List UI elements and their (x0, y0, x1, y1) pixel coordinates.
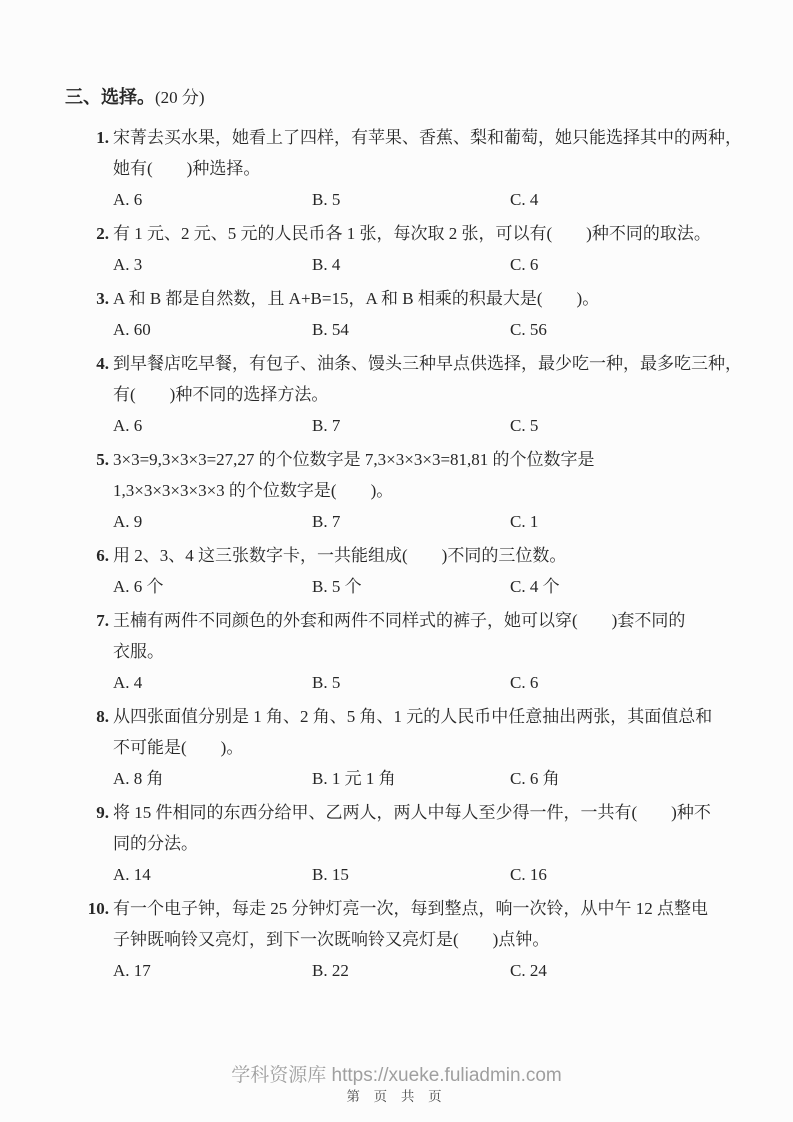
option-c: C. 56 (510, 314, 748, 345)
question-lines: 7.王楠有两件不同颜色的外套和两件不同样式的裤子，她可以穿( )套不同的衣服。 (113, 605, 748, 667)
question-options-row: A. 14 B. 15 C. 16 (113, 859, 748, 890)
question-lines: 2.有 1 元、2 元、5 元的人民币各 1 张，每次取 2 张，可以有( )种… (113, 218, 748, 249)
option-b: B. 5 (312, 184, 510, 215)
question-text-line: 3.A 和 B 都是自然数，且 A+B=15，A 和 B 相乘的积最大是( )。 (113, 283, 748, 314)
question-block: 1.宋菁去买水果，她看上了四样，有苹果、香蕉、梨和葡萄，她只能选择其中的两种，她… (113, 122, 748, 215)
question-options-row: A. 6 B. 7 C. 5 (113, 410, 748, 441)
question-number: 3. (96, 283, 113, 314)
option-b: B. 54 (312, 314, 510, 345)
option-a: A. 8 角 (113, 763, 312, 794)
question-lines: 6.用 2、3、4 这三张数字卡，一共能组成( )不同的三位数。 (113, 540, 748, 571)
question-text-line: 7.王楠有两件不同颜色的外套和两件不同样式的裤子，她可以穿( )套不同的 (113, 605, 748, 636)
option-c: C. 24 (510, 955, 748, 986)
option-a: A. 17 (113, 955, 312, 986)
question-number: 8. (96, 701, 113, 732)
question-block: 9.将 15 件相同的东西分给甲、乙两人，两人中每人至少得一件，一共有( )种不… (113, 797, 748, 890)
question-text-continuation: 衣服。 (113, 636, 748, 667)
question-block: 2.有 1 元、2 元、5 元的人民币各 1 张，每次取 2 张，可以有( )种… (113, 218, 748, 280)
question-text-line: 6.用 2、3、4 这三张数字卡，一共能组成( )不同的三位数。 (113, 540, 748, 571)
question-text-line: 4.到早餐店吃早餐，有包子、油条、馒头三种早点供选择，最少吃一种，最多吃三种， (113, 348, 748, 379)
question-options-row: A. 6 个 B. 5 个 C. 4 个 (113, 571, 748, 602)
question-lines: 9.将 15 件相同的东西分给甲、乙两人，两人中每人至少得一件，一共有( )种不… (113, 797, 748, 859)
option-a: A. 4 (113, 667, 312, 698)
question-block: 4.到早餐店吃早餐，有包子、油条、馒头三种早点供选择，最少吃一种，最多吃三种，有… (113, 348, 748, 441)
question-text-line: 9.将 15 件相同的东西分给甲、乙两人，两人中每人至少得一件，一共有( )种不 (113, 797, 748, 828)
document-page: 三、选择。(20 分) 1.宋菁去买水果，她看上了四样，有苹果、香蕉、梨和葡萄，… (0, 0, 793, 1122)
option-a: A. 6 (113, 410, 312, 441)
question-text-line: 5.3×3=9,3×3×3=27,27 的个位数字是 7,3×3×3×3=81,… (113, 444, 748, 475)
option-c: C. 4 (510, 184, 748, 215)
page-footer-label: 第 页 共 页 (0, 1089, 793, 1105)
question-options-row: A. 8 角 B. 1 元 1 角 C. 6 角 (113, 763, 748, 794)
option-b: B. 22 (312, 955, 510, 986)
section-title: 三、选择。 (65, 87, 155, 107)
question-options-row: A. 3 B. 4 C. 6 (113, 249, 748, 280)
question-lines: 4.到早餐店吃早餐，有包子、油条、馒头三种早点供选择，最少吃一种，最多吃三种，有… (113, 348, 748, 410)
option-a: A. 9 (113, 506, 312, 537)
question-text-line: 10.有一个电子钟，每走 25 分钟灯亮一次，每到整点，响一次铃，从中午 12 … (113, 893, 748, 924)
question-text-continuation: 1,3×3×3×3×3×3 的个位数字是( )。 (113, 475, 748, 506)
option-c: C. 16 (510, 859, 748, 890)
option-b: B. 7 (312, 506, 510, 537)
option-a: A. 14 (113, 859, 312, 890)
option-a: A. 6 (113, 184, 312, 215)
option-b: B. 5 (312, 667, 510, 698)
question-text-continuation: 不可能是( )。 (113, 732, 748, 763)
option-b: B. 1 元 1 角 (312, 763, 510, 794)
question-block: 7.王楠有两件不同颜色的外套和两件不同样式的裤子，她可以穿( )套不同的衣服。 … (113, 605, 748, 698)
question-text-line: 2.有 1 元、2 元、5 元的人民币各 1 张，每次取 2 张，可以有( )种… (113, 218, 748, 249)
question-text-continuation: 同的分法。 (113, 828, 748, 859)
question-number: 6. (96, 540, 113, 571)
question-number: 10. (88, 893, 113, 924)
section-score: (20 分) (155, 88, 205, 107)
option-b: B. 7 (312, 410, 510, 441)
question-text-continuation: 有( )种不同的选择方法。 (113, 379, 748, 410)
question-number: 1. (96, 122, 113, 153)
question-lines: 3.A 和 B 都是自然数，且 A+B=15，A 和 B 相乘的积最大是( )。 (113, 283, 748, 314)
questions-list: 1.宋菁去买水果，她看上了四样，有苹果、香蕉、梨和葡萄，她只能选择其中的两种，她… (113, 122, 748, 989)
question-number: 7. (96, 605, 113, 636)
option-c: C. 1 (510, 506, 748, 537)
option-c: C. 4 个 (510, 571, 748, 602)
question-block: 3.A 和 B 都是自然数，且 A+B=15，A 和 B 相乘的积最大是( )。… (113, 283, 748, 345)
question-number: 2. (96, 218, 113, 249)
question-options-row: A. 60 B. 54 C. 56 (113, 314, 748, 345)
question-options-row: A. 9 B. 7 C. 1 (113, 506, 748, 537)
question-block: 8.从四张面值分别是 1 角、2 角、5 角、1 元的人民币中任意抽出两张，其面… (113, 701, 748, 794)
watermark-text: 学科资源库 https://xueke.fuliadmin.com (0, 1064, 793, 1088)
option-a: A. 3 (113, 249, 312, 280)
question-text-line: 1.宋菁去买水果，她看上了四样，有苹果、香蕉、梨和葡萄，她只能选择其中的两种， (113, 122, 748, 153)
question-number: 9. (96, 797, 113, 828)
section-heading: 三、选择。(20 分) (65, 84, 205, 111)
option-a: A. 60 (113, 314, 312, 345)
option-c: C. 6 (510, 667, 748, 698)
question-options-row: A. 17 B. 22 C. 24 (113, 955, 748, 986)
question-block: 6.用 2、3、4 这三张数字卡，一共能组成( )不同的三位数。 A. 6 个 … (113, 540, 748, 602)
question-block: 10.有一个电子钟，每走 25 分钟灯亮一次，每到整点，响一次铃，从中午 12 … (113, 893, 748, 986)
question-block: 5.3×3=9,3×3×3=27,27 的个位数字是 7,3×3×3×3=81,… (113, 444, 748, 537)
question-lines: 10.有一个电子钟，每走 25 分钟灯亮一次，每到整点，响一次铃，从中午 12 … (113, 893, 748, 955)
option-b: B. 5 个 (312, 571, 510, 602)
question-text-line: 8.从四张面值分别是 1 角、2 角、5 角、1 元的人民币中任意抽出两张，其面… (113, 701, 748, 732)
question-text-continuation: 她有( )种选择。 (113, 153, 748, 184)
question-options-row: A. 4 B. 5 C. 6 (113, 667, 748, 698)
question-options-row: A. 6 B. 5 C. 4 (113, 184, 748, 215)
question-lines: 5.3×3=9,3×3×3=27,27 的个位数字是 7,3×3×3×3=81,… (113, 444, 748, 506)
option-c: C. 5 (510, 410, 748, 441)
option-b: B. 4 (312, 249, 510, 280)
option-c: C. 6 角 (510, 763, 748, 794)
question-number: 4. (96, 348, 113, 379)
question-lines: 1.宋菁去买水果，她看上了四样，有苹果、香蕉、梨和葡萄，她只能选择其中的两种，她… (113, 122, 748, 184)
question-number: 5. (96, 444, 113, 475)
option-c: C. 6 (510, 249, 748, 280)
option-b: B. 15 (312, 859, 510, 890)
question-text-continuation: 子钟既响铃又亮灯，到下一次既响铃又亮灯是( )点钟。 (113, 924, 748, 955)
option-a: A. 6 个 (113, 571, 312, 602)
question-lines: 8.从四张面值分别是 1 角、2 角、5 角、1 元的人民币中任意抽出两张，其面… (113, 701, 748, 763)
